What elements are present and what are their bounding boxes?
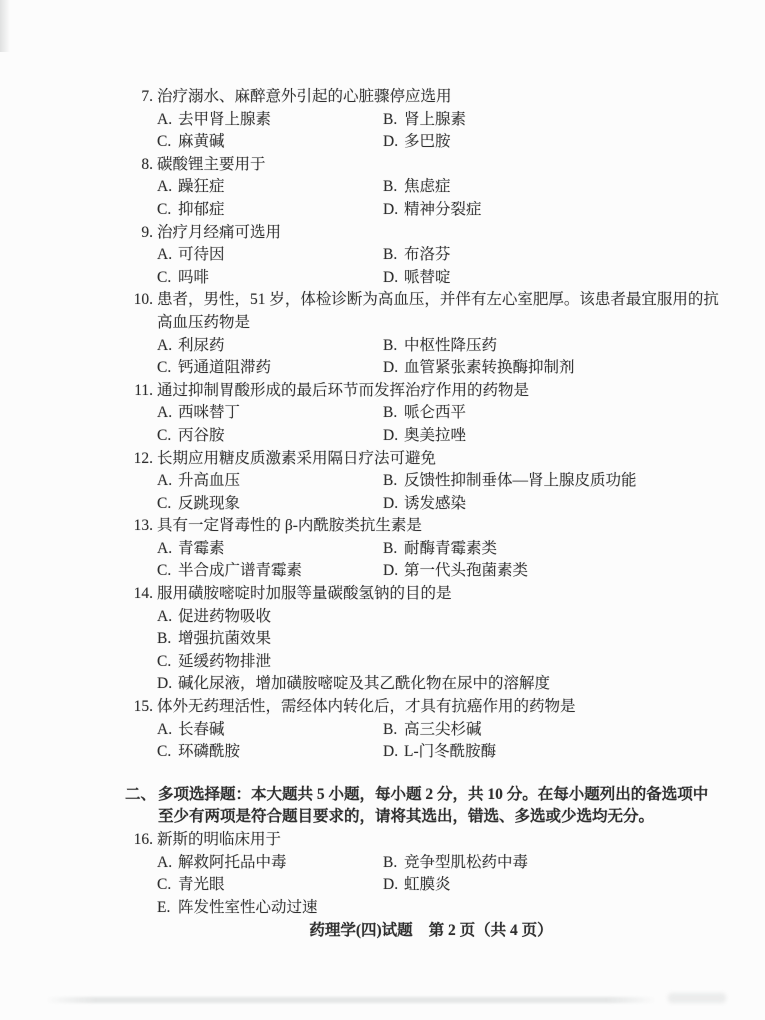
- option-text: 耐酶青霉素类: [404, 538, 742, 561]
- option-text: 可待因: [178, 244, 383, 267]
- question-14-number: 14.: [120, 583, 153, 606]
- section-marker: 二、: [125, 784, 158, 829]
- question-15: 15.体外无药理活性，需经体内转化后，才具有抗癌作用的药物是A.长春碱B.高三尖…: [120, 696, 742, 764]
- option-label: A.: [157, 470, 178, 493]
- question-16-option-B: B.竞争型肌松药中毒: [383, 852, 742, 875]
- option-label: D.: [383, 131, 404, 154]
- scan-smudge-top-left: [0, 0, 10, 52]
- option-text: 碱化尿液，增加磺胺嘧啶及其乙酰化物在尿中的溶解度: [178, 673, 742, 696]
- option-label: A.: [157, 538, 178, 561]
- question-14-option-C: C.延缓药物排泄: [157, 651, 742, 674]
- question-11-options: A.西咪替丁B.哌仑西平C.丙谷胺D.奥美拉唑: [157, 402, 742, 447]
- option-text: 钙通道阻滞药: [178, 357, 383, 380]
- question-9-stem: 治疗月经痛可选用: [157, 222, 281, 245]
- question-13-option-B: B.耐酶青霉素类: [383, 538, 742, 561]
- option-label: B.: [383, 852, 404, 875]
- option-label: C.: [157, 741, 178, 764]
- option-text: 焦虑症: [404, 176, 742, 199]
- option-label: D.: [157, 673, 178, 696]
- option-label: C.: [157, 199, 178, 222]
- question-9: 9.治疗月经痛可选用A.可待因B.布洛芬C.吗啡D.哌替啶: [120, 222, 742, 290]
- question-9-number: 9.: [120, 222, 153, 245]
- option-text: 环磷酰胺: [178, 741, 383, 764]
- question-7-option-A: A.去甲肾上腺素: [157, 109, 383, 132]
- question-15-option-D: D.L-门冬酰胺酶: [383, 741, 742, 764]
- option-text: 解救阿托品中毒: [178, 852, 383, 875]
- option-label: A.: [157, 244, 178, 267]
- question-16-options: A.解救阿托品中毒B.竞争型肌松药中毒C.青光眼D.虹膜炎E.阵发性室性心动过速: [157, 852, 742, 920]
- question-11-stem-row: 11.通过抑制胃酸形成的最后环节而发挥治疗作用的药物是: [120, 380, 742, 403]
- question-13-stem-row: 13.具有一定肾毒性的 β-内酰胺类抗生素是: [120, 515, 742, 538]
- question-9-option-A: A.可待因: [157, 244, 383, 267]
- question-7-stem: 治疗溺水、麻醉意外引起的心脏骤停应选用: [157, 86, 452, 109]
- question-14-option-B: B.增强抗菌效果: [157, 628, 742, 651]
- option-label: D.: [383, 267, 404, 290]
- option-label: A.: [157, 719, 178, 742]
- page-footer: 药理学(四)试题第 2 页（共 4 页）: [120, 920, 742, 943]
- question-12-option-C: C.反跳现象: [157, 493, 383, 516]
- option-label: C.: [157, 425, 178, 448]
- question-8-options: A.躁狂症B.焦虑症C.抑郁症D.精神分裂症: [157, 176, 742, 221]
- option-label: C.: [157, 357, 178, 380]
- option-text: 长春碱: [178, 719, 383, 742]
- question-7-options: A.去甲肾上腺素B.肾上腺素C.麻黄碱D.多巴胺: [157, 109, 742, 154]
- option-label: C.: [157, 874, 178, 897]
- footer-doc-title: 药理学(四)试题: [309, 922, 412, 939]
- option-label: D.: [383, 874, 404, 897]
- question-14: 14.服用磺胺嘧啶时加服等量碳酸氢钠的目的是A.促进药物吸收B.增强抗菌效果C.…: [120, 583, 742, 696]
- option-label: B.: [383, 470, 404, 493]
- option-label: B.: [383, 335, 404, 358]
- option-label: A.: [157, 402, 178, 425]
- question-10: 10.患者，男性，51 岁，体检诊断为高血压，并伴有左心室肥厚。该患者最宜服用的…: [120, 289, 742, 379]
- question-13-options: A.青霉素B.耐酶青霉素类C.半合成广谱青霉素D.第一代头孢菌素类: [157, 538, 742, 583]
- option-text: 抑郁症: [178, 199, 383, 222]
- question-16-option-C: C.青光眼: [157, 874, 383, 897]
- question-9-option-D: D.哌替啶: [383, 267, 742, 290]
- option-text: 麻黄碱: [178, 131, 383, 154]
- question-10-option-D: D.血管紧张素转换酶抑制剂: [383, 357, 742, 380]
- question-16-number: 16.: [120, 829, 153, 852]
- question-15-option-B: B.高三尖杉碱: [383, 719, 742, 742]
- question-11-option-A: A.西咪替丁: [157, 402, 383, 425]
- question-13-stem: 具有一定肾毒性的 β-内酰胺类抗生素是: [157, 515, 422, 538]
- option-text: 西咪替丁: [178, 402, 383, 425]
- option-label: D.: [383, 560, 404, 583]
- question-11-option-B: B.哌仑西平: [383, 402, 742, 425]
- option-label: D.: [383, 199, 404, 222]
- question-12-option-B: B.反馈性抑制垂体—肾上腺皮质功能: [383, 470, 742, 493]
- question-8-option-C: C.抑郁症: [157, 199, 383, 222]
- scan-shadow-bottom: [45, 997, 657, 1003]
- question-10-option-A: A.利尿药: [157, 335, 383, 358]
- question-12-stem-row: 12.长期应用糖皮质激素采用隔日疗法可避免: [120, 448, 742, 471]
- option-text: 布洛芬: [404, 244, 742, 267]
- question-14-stem-row: 14.服用磺胺嘧啶时加服等量碳酸氢钠的目的是: [120, 583, 742, 606]
- question-9-options: A.可待因B.布洛芬C.吗啡D.哌替啶: [157, 244, 742, 289]
- option-text: 诱发感染: [404, 493, 742, 516]
- question-16-option-D: D.虹膜炎: [383, 874, 742, 897]
- option-label: C.: [157, 651, 178, 674]
- question-13-number: 13.: [120, 515, 153, 538]
- section-instructions: 多项选择题：本大题共 5 小题，每小题 2 分，共 10 分。在每小题列出的备选…: [158, 784, 720, 829]
- option-label: B.: [383, 176, 404, 199]
- option-label: C.: [157, 493, 178, 516]
- question-7-option-C: C.麻黄碱: [157, 131, 383, 154]
- question-14-stem: 服用磺胺嘧啶时加服等量碳酸氢钠的目的是: [157, 583, 452, 606]
- question-12: 12.长期应用糖皮质激素采用隔日疗法可避免A.升高血压B.反馈性抑制垂体—肾上腺…: [120, 448, 742, 516]
- question-15-option-A: A.长春碱: [157, 719, 383, 742]
- question-16: 16.新斯的明临床用于A.解救阿托品中毒B.竞争型肌松药中毒C.青光眼D.虹膜炎…: [120, 829, 742, 919]
- question-12-number: 12.: [120, 448, 153, 471]
- option-text: 精神分裂症: [404, 199, 742, 222]
- option-text: 肾上腺素: [404, 109, 742, 132]
- question-13-option-D: D.第一代头孢菌素类: [383, 560, 742, 583]
- question-9-stem-row: 9.治疗月经痛可选用: [120, 222, 742, 245]
- option-label: C.: [157, 131, 178, 154]
- option-text: 延缓药物排泄: [178, 651, 742, 674]
- option-label: A.: [157, 109, 178, 132]
- option-label: B.: [383, 109, 404, 132]
- footer-page-number: 第 2 页（共 4 页）: [429, 922, 553, 939]
- question-9-option-C: C.吗啡: [157, 267, 383, 290]
- option-text: 促进药物吸收: [178, 606, 742, 629]
- question-15-number: 15.: [120, 696, 153, 719]
- option-label: B.: [383, 402, 404, 425]
- question-8-number: 8.: [120, 154, 153, 177]
- exam-content: 7.治疗溺水、麻醉意外引起的心脏骤停应选用A.去甲肾上腺素B.肾上腺素C.麻黄碱…: [120, 86, 742, 919]
- question-14-option-A: A.促进药物吸收: [157, 606, 742, 629]
- question-11-option-C: C.丙谷胺: [157, 425, 383, 448]
- option-label: B.: [383, 538, 404, 561]
- question-8-option-D: D.精神分裂症: [383, 199, 742, 222]
- option-text: 竞争型肌松药中毒: [404, 852, 742, 875]
- option-text: 半合成广谱青霉素: [178, 560, 383, 583]
- option-text: 去甲肾上腺素: [178, 109, 383, 132]
- question-15-stem: 体外无药理活性，需经体内转化后，才具有抗癌作用的药物是: [157, 696, 576, 719]
- question-14-option-D: D.碱化尿液，增加磺胺嘧啶及其乙酰化物在尿中的溶解度: [157, 673, 742, 696]
- option-label: D.: [383, 493, 404, 516]
- option-label: B.: [383, 719, 404, 742]
- question-7-option-B: B.肾上腺素: [383, 109, 742, 132]
- question-8-stem: 碳酸锂主要用于: [157, 154, 266, 177]
- option-label: C.: [157, 267, 178, 290]
- option-label: A.: [157, 176, 178, 199]
- option-label: A.: [157, 606, 178, 629]
- question-10-option-C: C.钙通道阻滞药: [157, 357, 383, 380]
- question-12-option-A: A.升高血压: [157, 470, 383, 493]
- option-label: C.: [157, 560, 178, 583]
- option-text: 血管紧张素转换酶抑制剂: [404, 357, 742, 380]
- question-10-stem: 患者，男性，51 岁，体检诊断为高血压，并伴有左心室肥厚。该患者最宜服用的抗高血…: [157, 289, 727, 334]
- question-8-option-A: A.躁狂症: [157, 176, 383, 199]
- option-text: 中枢性降压药: [404, 335, 742, 358]
- option-text: 阵发性室性心动过速: [178, 897, 383, 920]
- question-8: 8.碳酸锂主要用于A.躁狂症B.焦虑症C.抑郁症D.精神分裂症: [120, 154, 742, 222]
- option-text: 青霉素: [178, 538, 383, 561]
- question-13-option-C: C.半合成广谱青霉素: [157, 560, 383, 583]
- question-9-option-B: B.布洛芬: [383, 244, 742, 267]
- question-15-option-C: C.环磷酰胺: [157, 741, 383, 764]
- question-14-options: A.促进药物吸收B.增强抗菌效果C.延缓药物排泄D.碱化尿液，增加磺胺嘧啶及其乙…: [157, 606, 742, 696]
- option-label: D.: [383, 425, 404, 448]
- question-7-option-D: D.多巴胺: [383, 131, 742, 154]
- question-12-option-D: D.诱发感染: [383, 493, 742, 516]
- option-label: A.: [157, 335, 178, 358]
- option-label: B.: [157, 628, 178, 651]
- section-header: 二、多项选择题：本大题共 5 小题，每小题 2 分，共 10 分。在每小题列出的…: [125, 784, 742, 829]
- option-text: 奥美拉唑: [404, 425, 742, 448]
- option-label: A.: [157, 852, 178, 875]
- question-16-option-E: E.阵发性室性心动过速: [157, 897, 383, 920]
- question-10-number: 10.: [120, 289, 153, 312]
- option-label: E.: [157, 897, 178, 920]
- option-text: 吗啡: [178, 267, 383, 290]
- question-12-options: A.升高血压B.反馈性抑制垂体—肾上腺皮质功能C.反跳现象D.诱发感染: [157, 470, 742, 515]
- option-text: 丙谷胺: [178, 425, 383, 448]
- option-label: B.: [383, 244, 404, 267]
- option-text: 哌替啶: [404, 267, 742, 290]
- question-13: 13.具有一定肾毒性的 β-内酰胺类抗生素是A.青霉素B.耐酶青霉素类C.半合成…: [120, 515, 742, 583]
- question-15-stem-row: 15.体外无药理活性，需经体内转化后，才具有抗癌作用的药物是: [120, 696, 742, 719]
- option-text: 躁狂症: [178, 176, 383, 199]
- question-11-number: 11.: [120, 380, 153, 403]
- option-label: D.: [383, 741, 404, 764]
- option-text: 多巴胺: [404, 131, 742, 154]
- question-16-stem: 新斯的明临床用于: [157, 829, 281, 852]
- exam-paper-page: 7.治疗溺水、麻醉意外引起的心脏骤停应选用A.去甲肾上腺素B.肾上腺素C.麻黄碱…: [0, 0, 765, 1020]
- question-11-option-D: D.奥美拉唑: [383, 425, 742, 448]
- question-7: 7.治疗溺水、麻醉意外引起的心脏骤停应选用A.去甲肾上腺素B.肾上腺素C.麻黄碱…: [120, 86, 742, 154]
- option-text: 青光眼: [178, 874, 383, 897]
- question-16-option-A: A.解救阿托品中毒: [157, 852, 383, 875]
- option-text: 哌仑西平: [404, 402, 742, 425]
- question-12-stem: 长期应用糖皮质激素采用隔日疗法可避免: [157, 448, 436, 471]
- option-text: 第一代头孢菌素类: [404, 560, 742, 583]
- option-text: 反馈性抑制垂体—肾上腺皮质功能: [404, 470, 742, 493]
- question-15-options: A.长春碱B.高三尖杉碱C.环磷酰胺D.L-门冬酰胺酶: [157, 719, 742, 764]
- question-16-stem-row: 16.新斯的明临床用于: [120, 829, 742, 852]
- option-text: 高三尖杉碱: [404, 719, 742, 742]
- option-text: 虹膜炎: [404, 874, 742, 897]
- question-8-option-B: B.焦虑症: [383, 176, 742, 199]
- question-11-stem: 通过抑制胃酸形成的最后环节而发挥治疗作用的药物是: [157, 380, 529, 403]
- question-10-option-B: B.中枢性降压药: [383, 335, 742, 358]
- question-13-option-A: A.青霉素: [157, 538, 383, 561]
- question-7-number: 7.: [120, 86, 153, 109]
- question-10-stem-row: 10.患者，男性，51 岁，体检诊断为高血压，并伴有左心室肥厚。该患者最宜服用的…: [120, 289, 742, 334]
- question-8-stem-row: 8.碳酸锂主要用于: [120, 154, 742, 177]
- option-text: 利尿药: [178, 335, 383, 358]
- scan-shadow-bottom-right: [668, 993, 726, 1003]
- option-text: 升高血压: [178, 470, 383, 493]
- question-7-stem-row: 7.治疗溺水、麻醉意外引起的心脏骤停应选用: [120, 86, 742, 109]
- option-text: 反跳现象: [178, 493, 383, 516]
- option-label: D.: [383, 357, 404, 380]
- option-text: 增强抗菌效果: [178, 628, 742, 651]
- option-text: L-门冬酰胺酶: [404, 741, 742, 764]
- question-10-options: A.利尿药B.中枢性降压药C.钙通道阻滞药D.血管紧张素转换酶抑制剂: [157, 335, 742, 380]
- question-11: 11.通过抑制胃酸形成的最后环节而发挥治疗作用的药物是A.西咪替丁B.哌仑西平C…: [120, 380, 742, 448]
